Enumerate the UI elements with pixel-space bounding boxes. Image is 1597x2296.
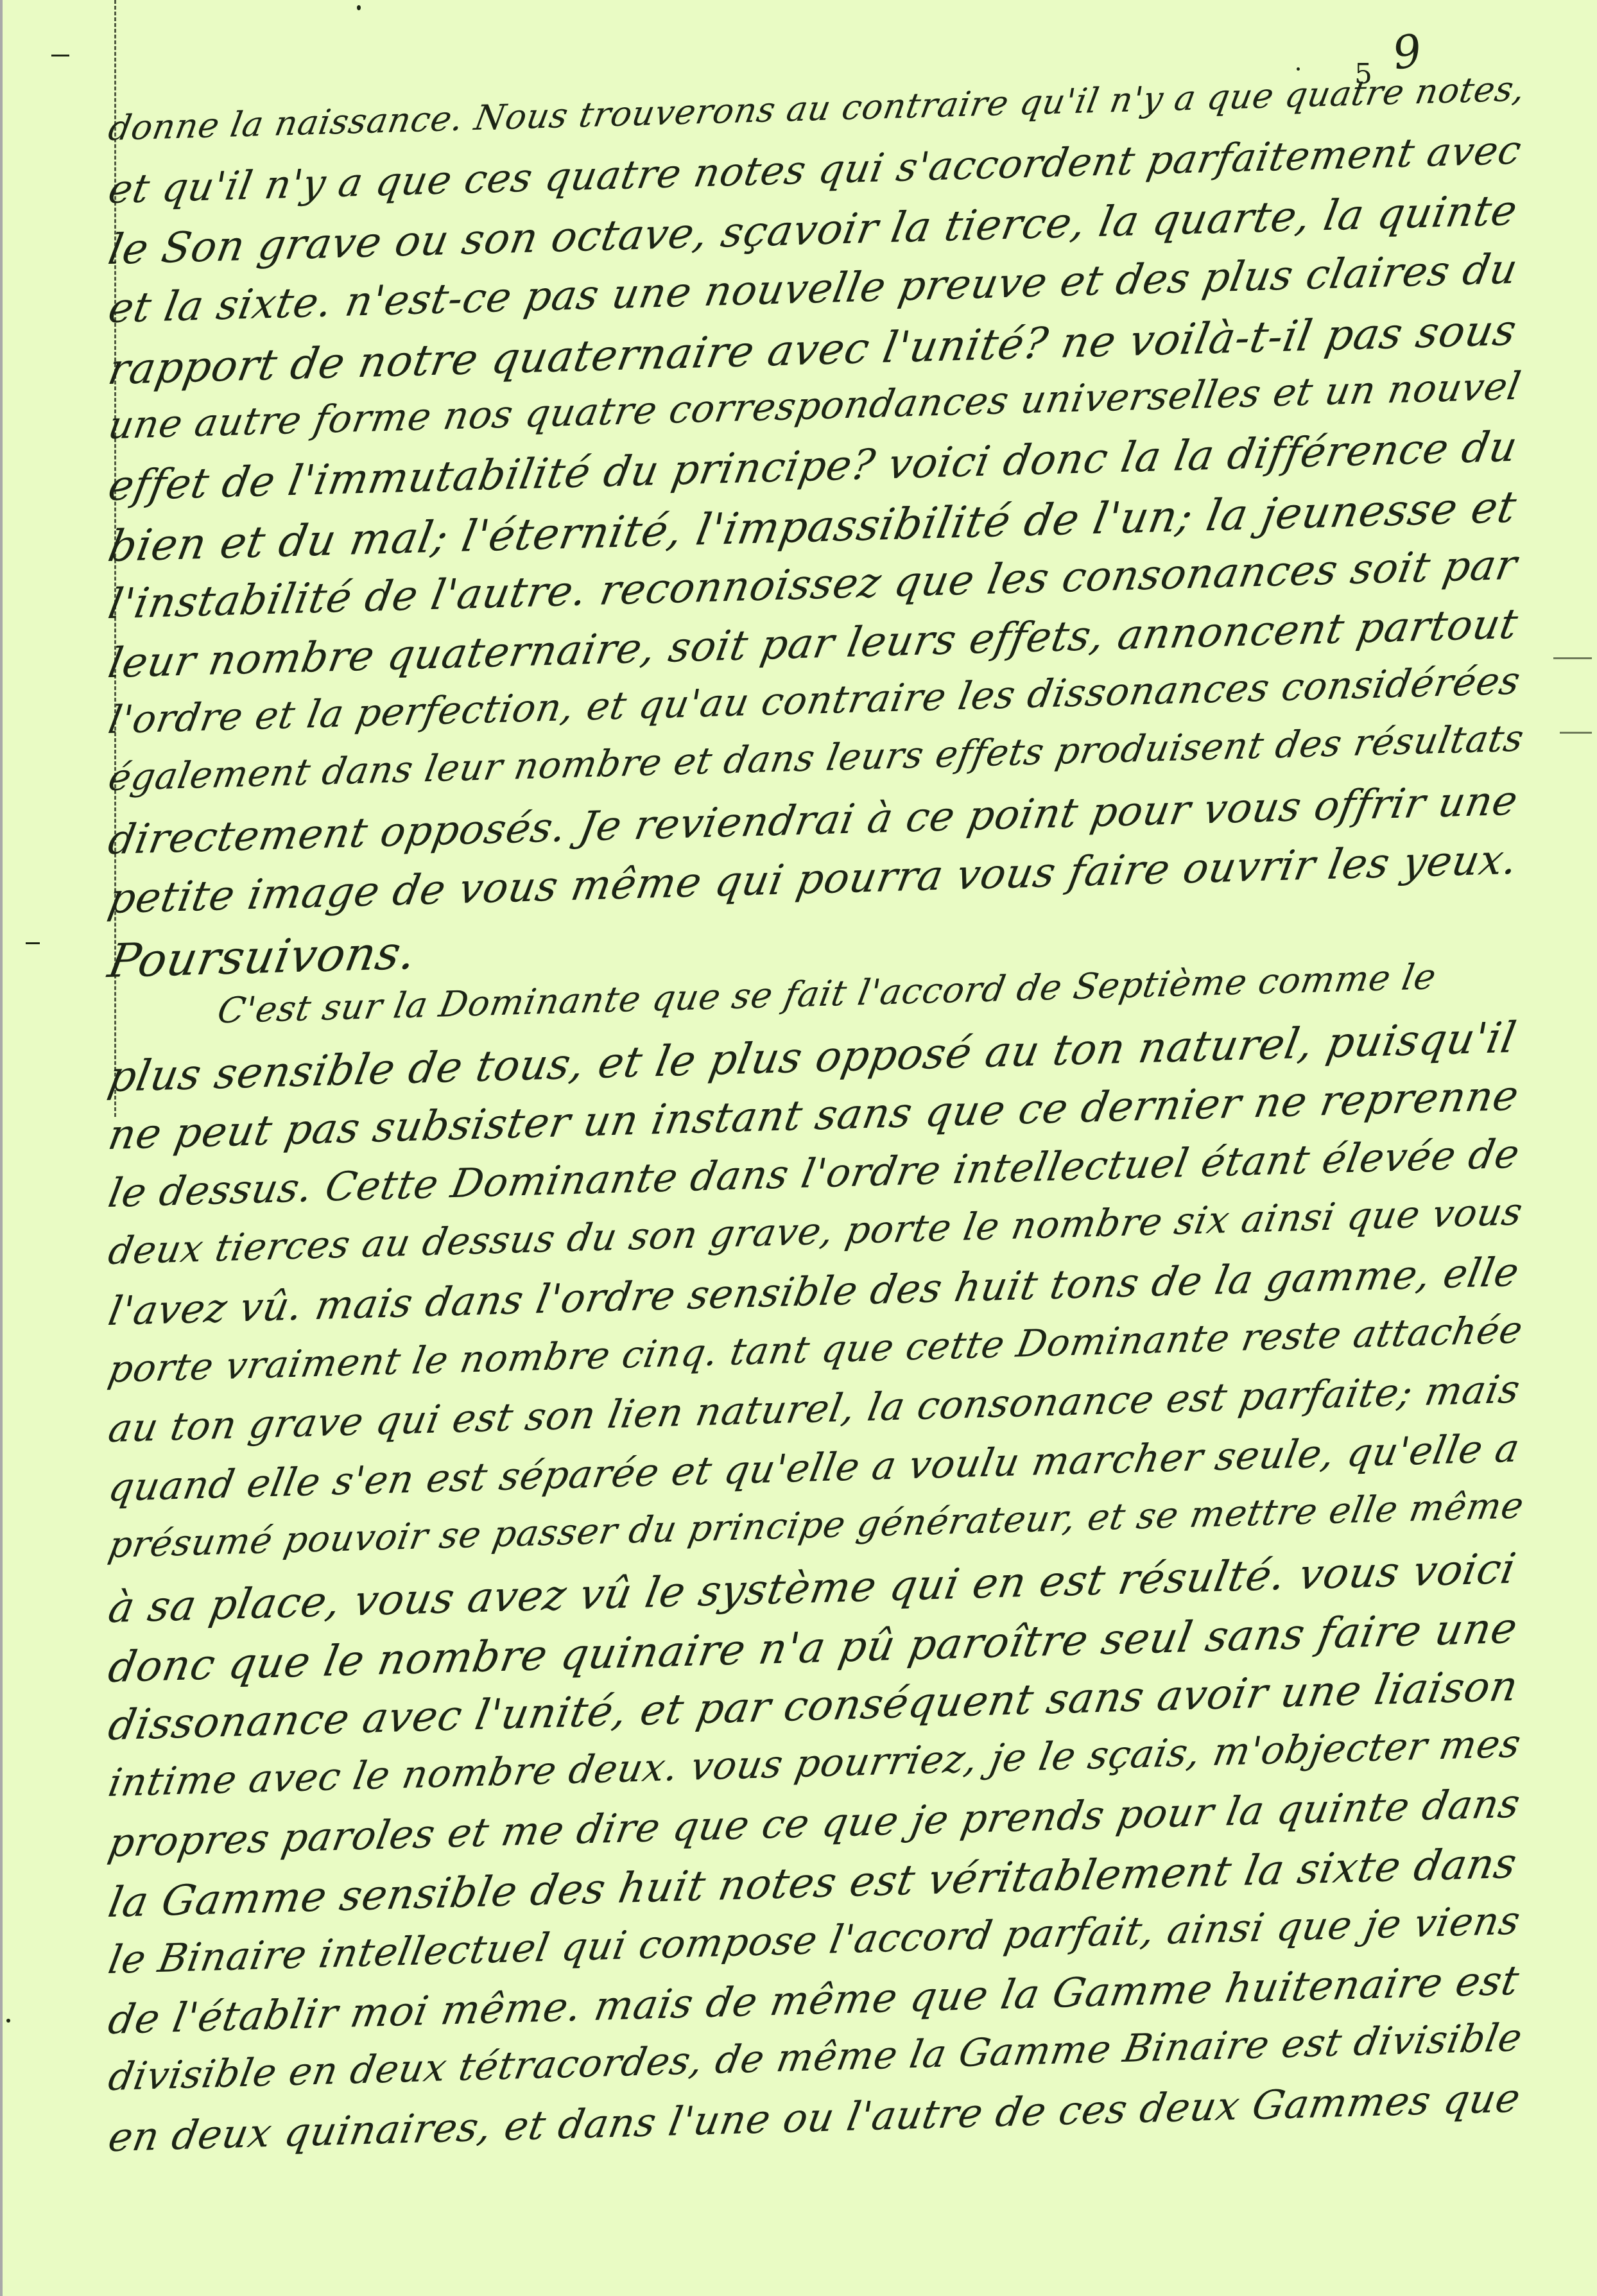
ink-speck xyxy=(357,5,361,10)
ink-speck xyxy=(1297,67,1300,71)
margin-mark xyxy=(51,55,69,56)
ink-speck xyxy=(6,2019,10,2023)
margin-mark xyxy=(26,942,40,944)
manuscript-line: Poursuivons. xyxy=(104,925,421,988)
margin-mark xyxy=(1553,657,1592,659)
scan-left-edge xyxy=(0,0,3,2296)
margin-mark xyxy=(1560,732,1592,734)
